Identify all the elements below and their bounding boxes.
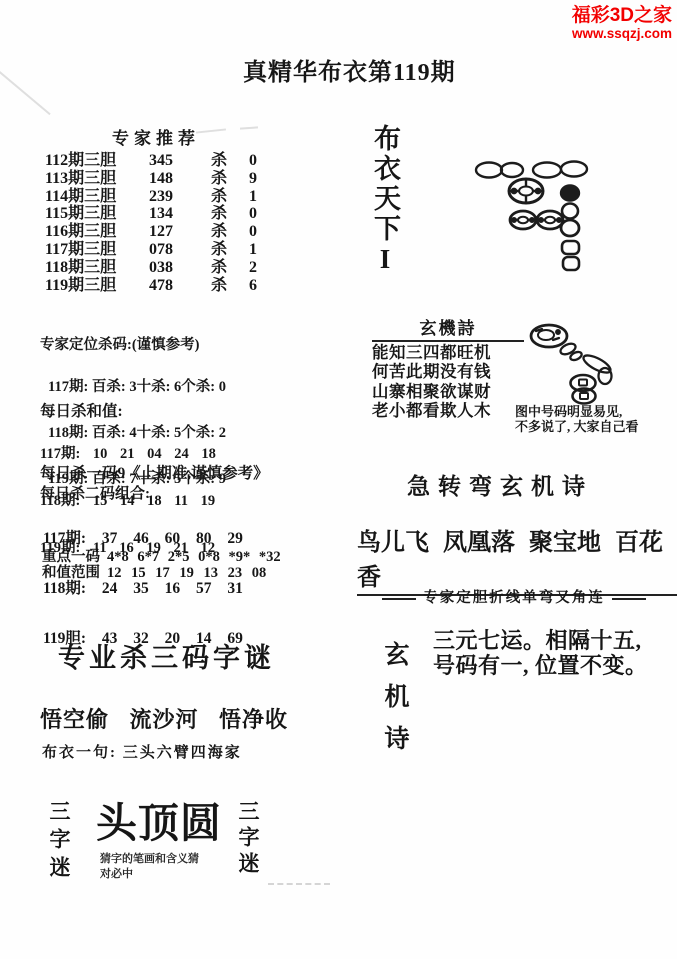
expert-dan-note: 专家定胆折线单弯又角连 — [363, 586, 665, 607]
mystery-poem: 玄機詩 能知三四都旺机 何苦此期没有钱 山寨相聚欲谋财 老小都看欺人木 — [372, 314, 524, 420]
kill-label: 杀 — [211, 152, 249, 170]
kill-label: 杀 — [211, 188, 249, 206]
kill-three-heading: 专业杀三码字谜 — [58, 636, 275, 675]
buyi-tianxia-vertical-title: 布衣天下I — [366, 124, 405, 277]
period-label: 115期三胆 — [45, 205, 149, 223]
table-row: 112期三胆345杀0 — [45, 152, 269, 170]
three-char-riddle-note-2: 对必中 — [100, 865, 133, 881]
expert-recommend-table: 112期三胆345杀0 113期三胆148杀9 114期三胆239杀1 115期… — [45, 152, 269, 294]
site-logo-title[interactable]: 福彩3D之家 — [548, 6, 672, 27]
site-logo[interactable]: 福彩3D之家 www.ssqzj.com — [548, 6, 672, 42]
poem-line: 老小都看欺人木 — [372, 402, 524, 419]
dan-numbers: 038 — [149, 259, 211, 277]
kill-count: 9 — [249, 170, 269, 188]
daily-one-kill-line: 每日杀一码9《上期准,谨慎参考》 — [40, 461, 269, 483]
double-line-left — [382, 594, 416, 600]
scanned-lottery-sheet: 福彩3D之家 www.ssqzj.com 真精华布衣第119期 专家推荐 112… — [0, 0, 677, 959]
table-row: 119期三胆478杀6 — [45, 277, 269, 295]
kill-count: 6 — [249, 277, 269, 295]
kill-count: 0 — [249, 205, 269, 223]
turn-poem-heading: 急转弯玄机诗 — [407, 468, 593, 501]
three-char-riddle-label-right: 三字迷 — [233, 800, 263, 878]
figure-caption-line-1: 图中号码明显易见, — [515, 404, 639, 419]
mystery-poem-heading: 玄機詩 — [372, 314, 524, 342]
xuanji-line-2: 号码有一, 位置不变。 — [433, 653, 648, 678]
list-item: 117期: 百杀: 3十杀: 6个杀: 0 — [48, 380, 226, 395]
expert-recommend-heading: 专家推荐 — [112, 124, 200, 149]
scan-artifact — [268, 883, 330, 885]
dan-numbers: 127 — [149, 223, 211, 241]
figure-caption: 图中号码明显易见, 不多说了, 大家自己看 — [515, 404, 639, 434]
kill-label: 杀 — [211, 241, 249, 259]
scan-artifact — [196, 128, 226, 133]
kill-label: 杀 — [211, 223, 249, 241]
period-label: 119期三胆 — [45, 277, 149, 295]
table-row: 115期三胆134杀0 — [45, 205, 269, 223]
period-label: 112期三胆 — [45, 152, 149, 170]
kill-count: 1 — [249, 188, 269, 206]
table-row: 113期三胆148杀9 — [45, 170, 269, 188]
figure-caption-line-2: 不多说了, 大家自己看 — [515, 419, 639, 434]
poem-line: 何苦此期没有钱 — [372, 363, 524, 380]
dan-numbers: 134 — [149, 205, 211, 223]
kill-count: 1 — [249, 241, 269, 259]
table-row: 117期三胆078杀1 — [45, 241, 269, 259]
buyi-sentence: 布衣一句: 三头六臂四海家 — [42, 741, 242, 762]
expert-dan-note-text: 专家定胆折线单弯又角连 — [423, 586, 605, 607]
dan-numbers: 345 — [149, 152, 211, 170]
kill-label: 杀 — [211, 205, 249, 223]
list-item: 118期: 24 35 16 57 31 — [43, 581, 243, 598]
period-label: 114期三胆 — [45, 188, 149, 206]
kill-count: 2 — [249, 259, 269, 277]
dan-numbers: 478 — [149, 277, 211, 295]
xuanji-vertical-label: 玄机诗 — [376, 641, 412, 767]
coin-sketch-figure-1 — [466, 156, 641, 276]
table-row: 116期三胆127杀0 — [45, 223, 269, 241]
poem-line: 山寨相聚欲谋财 — [372, 383, 524, 400]
page-title: 真精华布衣第119期 — [243, 52, 456, 87]
dan-numbers: 148 — [149, 170, 211, 188]
kill-three-riddle: 悟空偷 流沙河 悟净收 — [40, 703, 288, 734]
site-logo-url[interactable]: www.ssqzj.com — [548, 27, 672, 42]
table-row: 114期三胆239杀1 — [45, 188, 269, 206]
coin-sketch-1-svg — [466, 156, 641, 276]
scan-artifact — [0, 66, 51, 115]
kill-count: 0 — [249, 152, 269, 170]
poem-line: 能知三四都旺机 — [372, 344, 524, 361]
xuanji-poem: 三元七运。相隔十五, 号码有一, 位置不变。 — [433, 628, 648, 678]
three-char-riddle-label-left: 三字迷 — [44, 800, 74, 884]
table-row: 118期三胆038杀2 — [45, 259, 269, 277]
sum-range-line: 和值范围12 15 17 19 13 23 08 — [42, 561, 266, 582]
three-char-riddle-answer: 头顶圆 — [96, 790, 222, 849]
turn-poem-line: 鸟儿飞 凤凰落 聚宝地 百花香 — [357, 522, 677, 596]
sum-range-label: 和值范围 — [42, 565, 100, 581]
dan-numbers: 239 — [149, 188, 211, 206]
double-line-right — [612, 594, 646, 600]
coin-sketch-2-svg — [513, 316, 663, 411]
kill-label: 杀 — [211, 277, 249, 295]
xuanji-line-1: 三元七运。相隔十五, — [433, 628, 648, 653]
scan-artifact — [240, 126, 258, 129]
dan-numbers: 078 — [149, 241, 211, 259]
period-label: 116期三胆 — [45, 223, 149, 241]
period-label: 117期三胆 — [45, 241, 149, 259]
kill-count: 0 — [249, 223, 269, 241]
kill-label: 杀 — [211, 259, 249, 277]
coin-sketch-figure-2 — [513, 316, 663, 411]
kill-label: 杀 — [211, 170, 249, 188]
period-label: 118期三胆 — [45, 259, 149, 277]
three-char-riddle-note-1: 猜字的笔画和含义猜 — [100, 850, 199, 866]
sum-range-value: 12 15 17 19 13 23 08 — [107, 565, 266, 581]
period-label: 113期三胆 — [45, 170, 149, 188]
